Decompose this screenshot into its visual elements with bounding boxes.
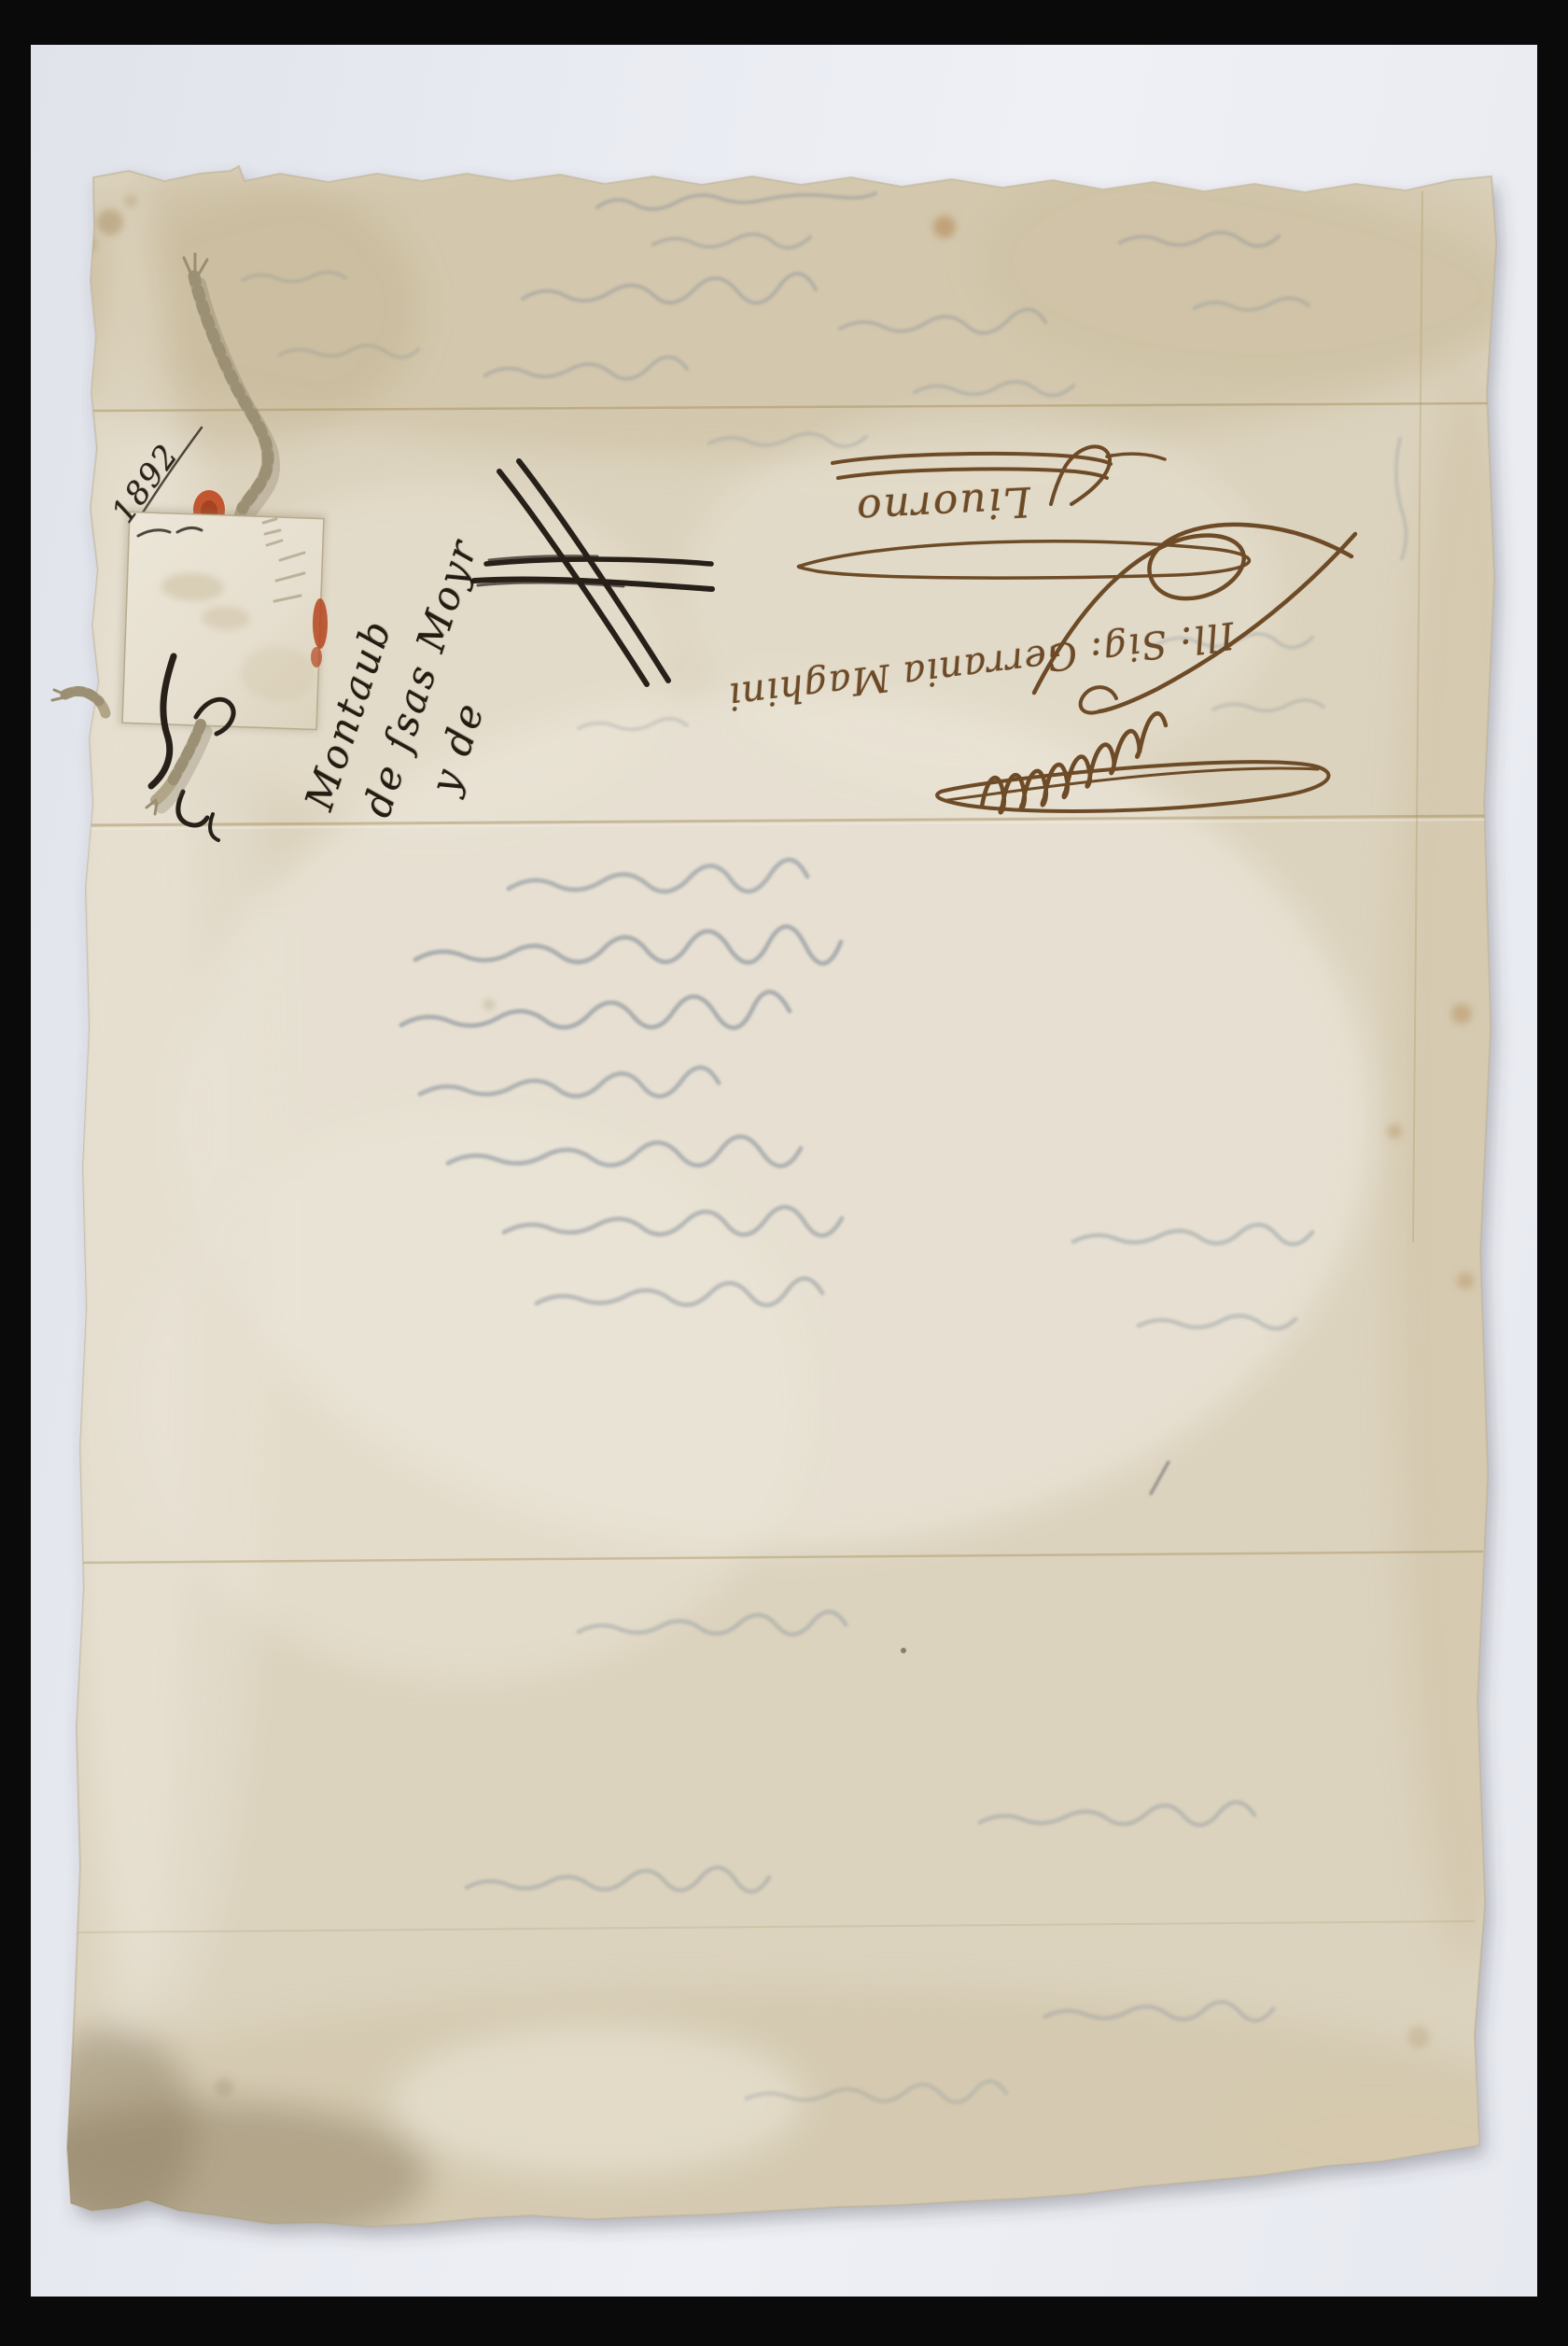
manuscript-verso-artwork (0, 0, 1568, 2346)
ink-speck (901, 1648, 906, 1653)
place-name-inverted: Liuorno (843, 465, 1042, 535)
photograph-frame: 1892 Montaub de ſsas Moyr y de Liuorno I… (0, 0, 1568, 2346)
